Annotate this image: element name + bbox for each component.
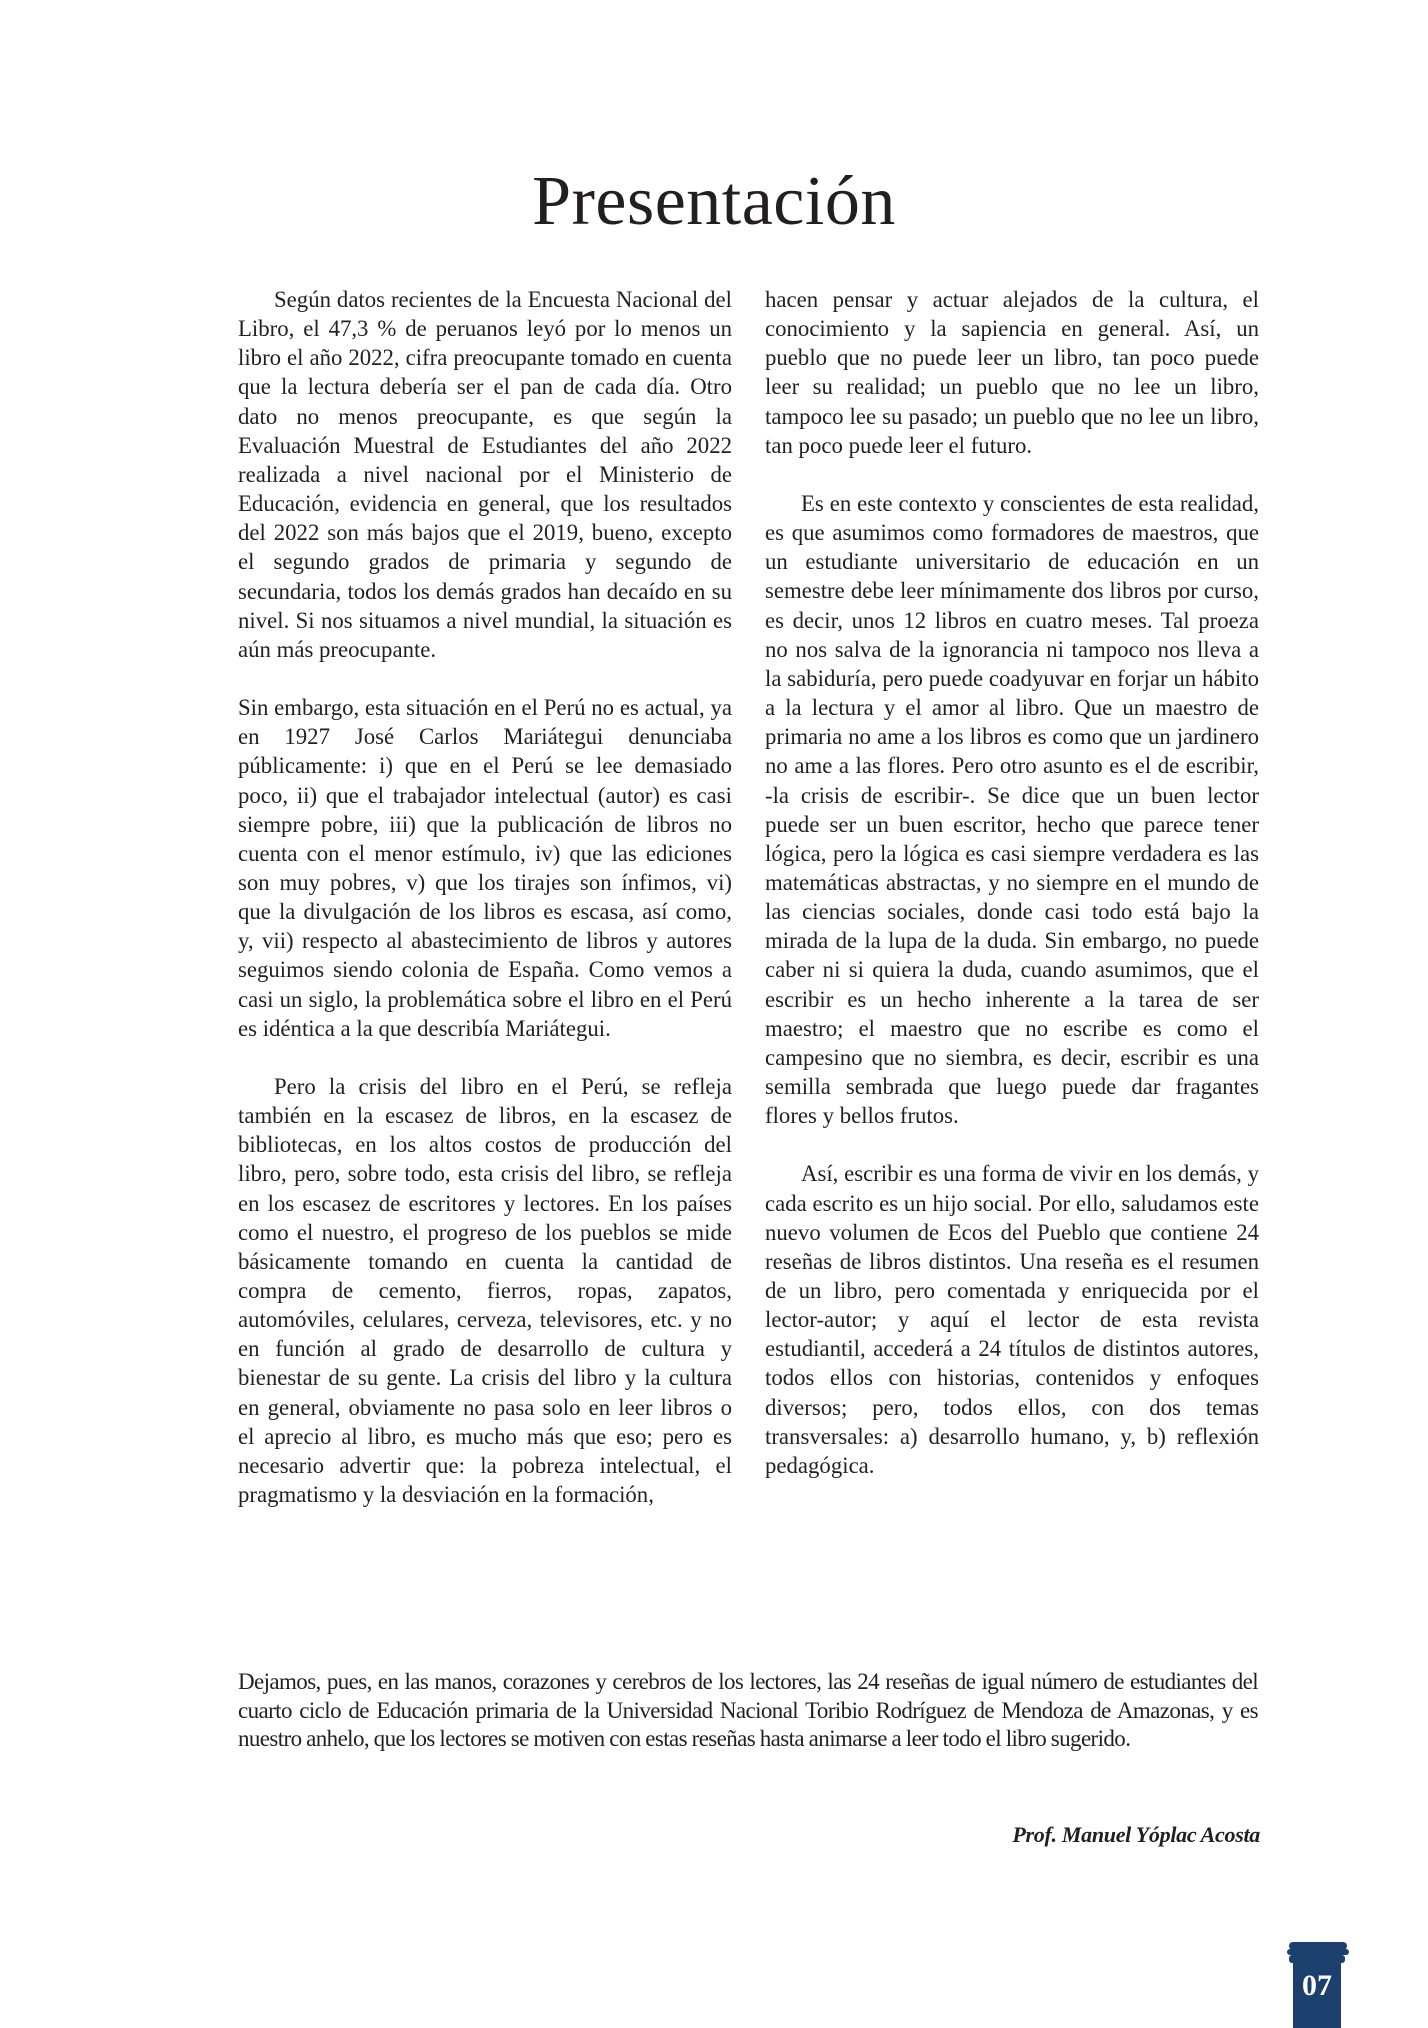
left-column: Según datos recientes de la Encuesta Nac… [238, 285, 732, 1509]
paragraph-contexto: Es en este contexto y conscientes de est… [765, 489, 1259, 1130]
paragraph-crisis-libro: Pero la crisis del libro en el Perú, se … [238, 1072, 732, 1509]
paragraph-mariategui: Sin embargo, esta situación en el Perú n… [238, 693, 732, 1043]
author-signature: Prof. Manuel Yóplac Acosta [1012, 1822, 1260, 1848]
page-number: 07 [1286, 1968, 1348, 2004]
page-number-badge: 07 [1286, 1940, 1352, 2028]
closing-paragraph: Dejamos, pues, en las manos, corazones y… [238, 1668, 1258, 1754]
paragraph-escribir: Así, escribir es una forma de vivir en l… [765, 1159, 1259, 1480]
paragraph-encuesta: Según datos recientes de la Encuesta Nac… [238, 285, 732, 664]
paragraph-continuation: hacen pensar y actuar alejados de la cul… [765, 285, 1259, 460]
right-column: hacen pensar y actuar alejados de la cul… [765, 285, 1259, 1480]
page-title: Presentación [0, 152, 1428, 252]
